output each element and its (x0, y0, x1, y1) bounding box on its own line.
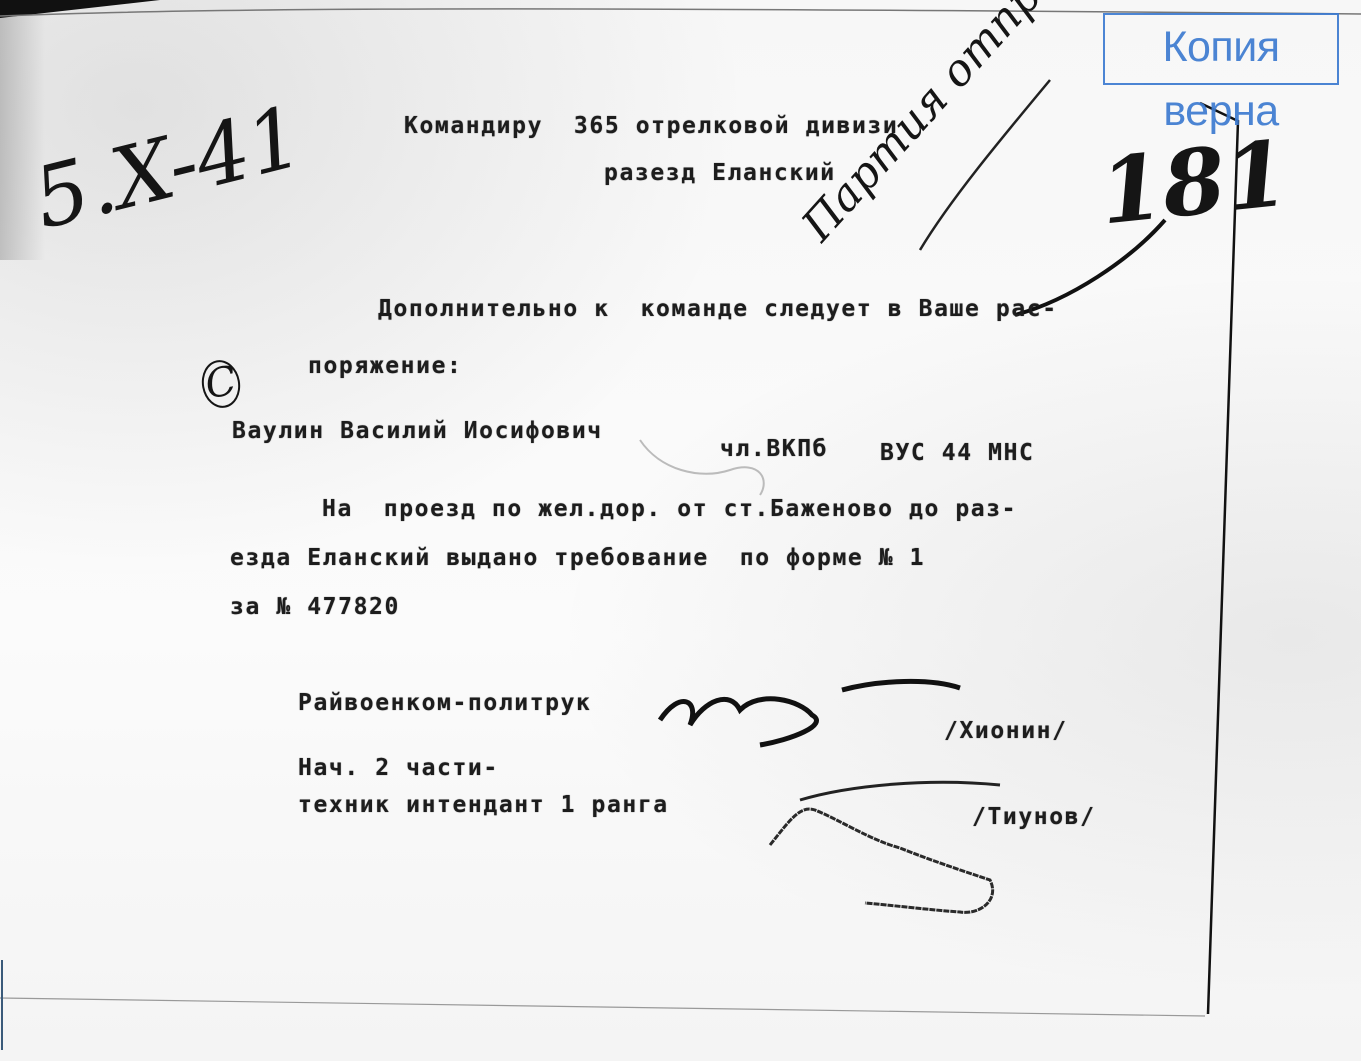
paragraph-1-line-1: Дополнительно к команде следует в Ваше р… (378, 296, 1058, 322)
military-specialty: ВУС 44 МНС (880, 440, 1034, 466)
paragraph-1-line-2: поряжение: (308, 353, 462, 379)
paragraph-2-line-3: за № 477820 (230, 594, 400, 620)
signature-1-name: /Хионин/ (944, 718, 1068, 744)
signature-2-title-line-1: Нач. 2 части- (298, 755, 499, 781)
party-membership: чл.ВКПб (720, 436, 828, 462)
paragraph-2-line-1: На проезд по жел.дор. от ст.Баженово до … (322, 496, 1017, 522)
signature-2-name: /Тиунов/ (972, 804, 1096, 830)
addressee-line-2: разезд Еланский (604, 160, 836, 186)
person-name: Ваулин Василий Иосифович (232, 418, 603, 444)
scan-shadow (0, 10, 45, 260)
paragraph-2-line-2: езда Еланский выдано требование по форме… (230, 545, 925, 571)
signature-2-title-line-2: техник интендант 1 ранга (298, 792, 669, 818)
addressee-line-1: Командиру 365 отрелковой дивизи (404, 113, 898, 139)
copy-verified-stamp: Копия верна (1103, 13, 1339, 85)
signature-1-title: Райвоенком-политрук (298, 690, 592, 716)
handwritten-number: 181 (1095, 120, 1293, 245)
